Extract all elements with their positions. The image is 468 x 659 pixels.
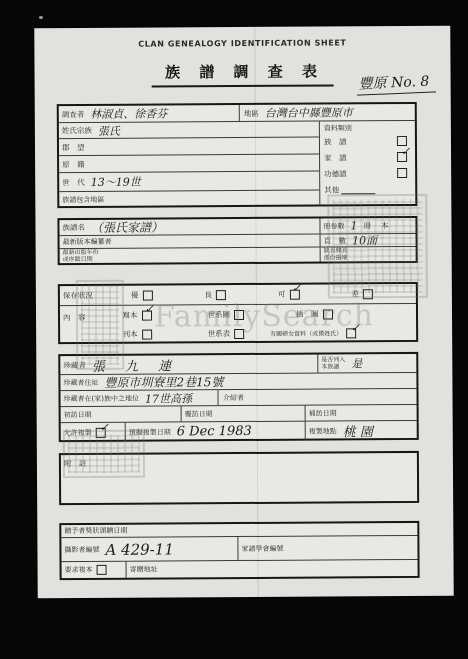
condition-you-checkbox <box>142 290 152 300</box>
clan-value: 張氏 <box>98 122 120 138</box>
scanned-form-page: CLAN GENEALOGY IDENTIFICATION SHEET 族 譜 … <box>34 26 453 599</box>
genealogy-name-box: 族譜名 （張氏家譜） 最新版本編纂者 最新出版年份 或序跋日期 冊卷數 1 冊 … <box>57 216 417 265</box>
volumes-unit2: 本 <box>381 220 389 231</box>
category-zupu-label: 族 譜 <box>324 136 347 147</box>
planned-copy-date-label: 預擬複製日期 <box>129 427 171 437</box>
copy-place-value: 桃 園 <box>343 421 373 440</box>
content-xieben-label: 寫本 <box>122 310 137 321</box>
photographer-number-label: 攝影者編號 <box>64 544 99 554</box>
copy-request-checkbox <box>97 565 107 575</box>
condition-cha-checkbox <box>363 289 373 299</box>
coverage-label: 族譜包含地區 <box>62 194 104 204</box>
condition-ke-tick: ✓ <box>292 282 301 295</box>
genealogy-name-value: （張氏家譜） <box>91 218 163 235</box>
clan-label: 姓氏宗族 <box>62 125 92 136</box>
award-date-label: 贈予者獎狀頒贈日期 <box>64 526 127 536</box>
area-label: 地區 <box>244 107 259 118</box>
owner-label: 珍藏者 <box>63 359 86 370</box>
pubdate-label-line2: 或序跋日期 <box>63 256 93 263</box>
scan-artifact-dot <box>39 16 43 19</box>
category-other-blank <box>341 185 375 194</box>
form-title: 族 譜 調 查 表 <box>151 60 334 87</box>
condition-liang-label: 良 <box>204 289 212 300</box>
generations-label: 世 代 <box>62 176 85 187</box>
permit-copy-label: 允許複製 <box>64 427 92 437</box>
second-visit-label: 覆訪日期 <box>185 409 213 419</box>
planned-copy-date-value: 6 Dec 1983 <box>177 424 252 439</box>
owner-box: 珍藏者 張 九 連 是否列入 本族譜 是 珍藏者住址 豐原市圳寮里2巷15號 珍… <box>58 352 419 442</box>
condition-cha-label: 差 <box>351 288 359 299</box>
content-women-label: 有關婦女資料（或僅姓氏） <box>270 328 342 337</box>
surveyor-label: 調查者 <box>62 108 85 119</box>
filming-box: 贈予者獎狀頒贈日期 攝影者編號 A 429-11 家譜學會編號 要求複本 寄贈地… <box>59 521 419 580</box>
identity-box: 調查者 林淑貞、徐香芬 地區 台灣台中縣豐原市 姓氏宗族 張氏 郡 望 原 籍 <box>57 102 418 208</box>
pages-value: 10面 <box>352 232 377 248</box>
damage-label-line2: 部份損壞 <box>324 254 348 261</box>
category-gongde-checkbox <box>397 168 407 178</box>
content-kanben-label: 刊本 <box>123 329 138 340</box>
content-chatu-label: 插 圖 <box>296 309 319 320</box>
owner-position-value: 17世高孫 <box>145 390 192 406</box>
compiler-label: 最新版本編纂者 <box>63 237 112 247</box>
content-kanben-checkbox <box>142 329 152 339</box>
photographer-number-value: A 429-11 <box>105 540 173 558</box>
category-jiapu-label: 家 譜 <box>324 152 347 163</box>
category-other-label: 其他 <box>324 184 339 195</box>
origin-label: 原 籍 <box>62 158 85 169</box>
category-label: 資料類別 <box>324 123 411 134</box>
pages-label: 頁 數 <box>324 235 347 246</box>
notes-label: 附 註 <box>64 458 87 469</box>
society-number-label: 家譜學會編號 <box>241 543 283 553</box>
area-value: 台灣台中縣豐原市 <box>265 104 353 121</box>
owner-value: 張 九 連 <box>92 355 179 375</box>
listed-value: 是 <box>351 355 362 371</box>
introducer-label: 介紹者 <box>223 393 244 403</box>
condition-ke-label: 可 <box>278 289 286 300</box>
notes-box: 附 註 <box>59 451 419 505</box>
content-women-tick: ✓ <box>351 321 360 334</box>
condition-content-box: 保存狀況 優 良 可✓ 差 內 容 寫本✓ 世系圖 插 圖 刊本 世系表 有關婦… <box>58 282 418 344</box>
content-label: 內 容 <box>63 312 86 323</box>
category-gongde-label: 功德譜 <box>324 168 347 179</box>
content-xieben-tick: ✓ <box>144 303 153 316</box>
form-number: 豐原 No. 8 <box>356 70 436 95</box>
genealogy-name-label: 族譜名 <box>62 222 85 233</box>
junwang-label: 郡 望 <box>62 141 85 152</box>
condition-you-label: 優 <box>131 290 139 301</box>
volumes-unit1: 冊 <box>363 220 371 231</box>
category-jiapu-tick: ✓ <box>401 145 410 158</box>
followup-visit-label: 補訪日期 <box>309 408 337 418</box>
condition-label: 保存狀況 <box>63 290 93 301</box>
content-shixitu-checkbox <box>234 310 244 320</box>
generations-value: 13～19世 <box>91 174 141 190</box>
owner-position-label: 珍藏者在(家)族中之地位 <box>63 393 139 403</box>
first-visit-label: 初訪日期 <box>64 409 92 419</box>
listed-label-line2: 本族譜 <box>321 363 345 370</box>
mailing-address-label: 寄贈地址 <box>130 565 158 575</box>
content-shixibiao-checkbox <box>234 328 244 338</box>
content-shixibiao-label: 世系表 <box>208 328 231 339</box>
permit-copy-tick: ✓ <box>100 420 109 433</box>
owner-address-value: 豐原市圳寮里2巷15號 <box>104 373 223 391</box>
surveyor-value: 林淑貞、徐香芬 <box>90 105 167 121</box>
volumes-value: 1 <box>350 219 357 232</box>
copy-place-label: 複製地點 <box>309 426 337 436</box>
condition-liang-checkbox <box>216 290 226 300</box>
owner-address-label: 珍藏者住址 <box>63 377 98 387</box>
copy-request-label: 要求複本 <box>65 565 93 575</box>
content-shixitu-label: 世系圖 <box>207 309 230 320</box>
form-header-english: CLAN GENEALOGY IDENTIFICATION SHEET <box>34 38 450 50</box>
volumes-label: 冊卷數 <box>323 221 344 231</box>
content-chatu-checkbox <box>322 309 332 319</box>
